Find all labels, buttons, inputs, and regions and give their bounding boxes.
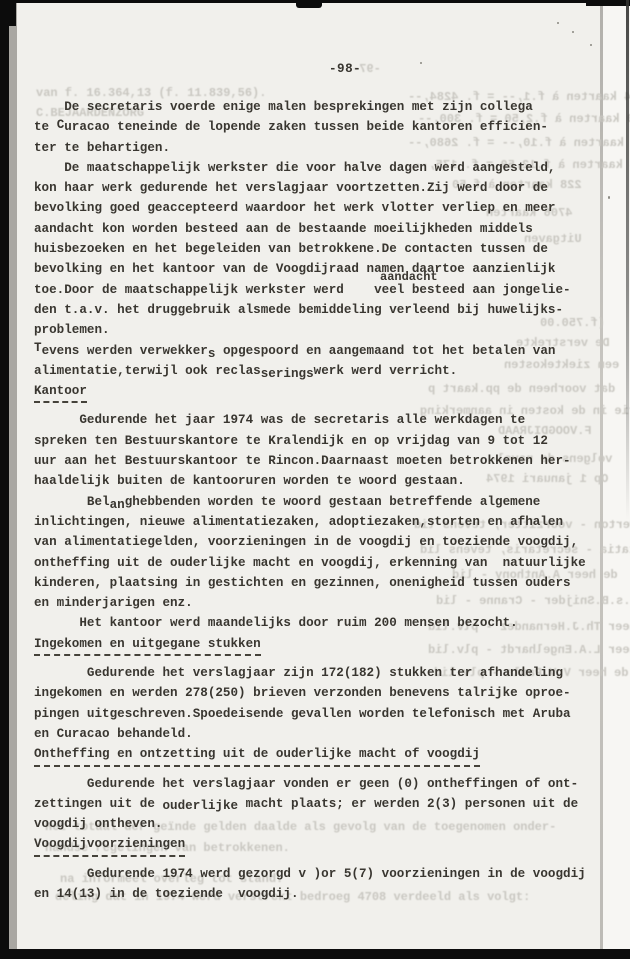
paragraph: Tevens werden verwekkers opgespoord en a… <box>34 341 606 382</box>
section-heading-text: Kantoor <box>34 381 87 403</box>
section-heading-text: Ontheffing en ontzetting uit de ouderlij… <box>34 744 480 766</box>
paragraph: Belanghebbenden worden te woord gestaan … <box>34 492 606 614</box>
scan-speck <box>572 31 574 33</box>
text-line: spreken ten Bestuurskantore te Kralendij… <box>34 431 606 451</box>
typed-text: De secretaris voerde enige malen besprek… <box>34 97 606 904</box>
scan-speck <box>420 62 422 64</box>
text-line: Tevens werden verwekkers opgespoord en a… <box>34 341 606 361</box>
inserted-word: aandacht <box>380 267 438 287</box>
paragraph: Gedurende het jaar 1974 was de secretari… <box>34 410 606 491</box>
section-heading: Ontheffing en ontzetting uit de ouderlij… <box>34 744 606 766</box>
scan-edge-top-right <box>586 0 630 6</box>
paragraph: Gedurende het verslagjaar vonden er geen… <box>34 774 606 835</box>
scan-corner-top-left <box>0 0 16 26</box>
text-line: pingen uitgeschreven.Spoedeisende gevall… <box>34 704 606 724</box>
scan-speck <box>557 22 559 24</box>
text-line: en 14(13) in de toeziende voogdij. <box>34 884 606 904</box>
text-line: bevolking en het kantoor van de Voogdijr… <box>34 259 606 279</box>
text-line: en Curacao behandeld. <box>34 724 606 744</box>
text-line: Gedurende het verslagjaar vonden er geen… <box>34 774 606 794</box>
text-line: kon haar werk gedurende het verslagjaar … <box>34 178 606 198</box>
text-line: toe.Door de maatschappelijk werkster wer… <box>34 280 606 300</box>
text-line: Gedurende het jaar 1974 was de secretari… <box>34 410 606 430</box>
text-line: ingekomen en werden 278(250) brieven ver… <box>34 683 606 703</box>
scan-speck <box>590 44 592 46</box>
text-line: Gedurende 1974 werd gezorgd v )or 5(7) v… <box>34 864 606 884</box>
text-line: De maatschappelijk werkster die voor hal… <box>34 158 606 178</box>
text-line: ontheffing uit de ouderlijke macht en vo… <box>34 553 606 573</box>
text-line: te Curacao teneinde de lopende zaken tus… <box>34 117 606 137</box>
text-line: huisbezoeken en het begeleiden van betro… <box>34 239 606 259</box>
section-heading-text: Ingekomen en uitgegane stukken <box>34 634 261 656</box>
text-line: van alimentatiegelden, voorzieningen in … <box>34 532 606 552</box>
text-line: kinderen, plaatsing in gestichten en gez… <box>34 573 606 593</box>
text-line: problemen. <box>34 320 606 340</box>
text-line: Het kantoor werd maandelijks door ruim 2… <box>34 613 606 633</box>
text-line: Gedurende het verslagjaar zijn 172(182) … <box>34 663 606 683</box>
scan-edge-left <box>0 0 9 959</box>
text-line: ter te behartigen. <box>34 138 606 158</box>
paragraph: De maatschappelijk werkster die voor hal… <box>34 158 606 341</box>
text-line: alimentatie,terwijl ook reclasseringswer… <box>34 361 606 381</box>
scan-page: { "colors": { "paper": "#f1f0ec", "ink":… <box>0 0 630 959</box>
section-heading: Kantoor <box>34 381 606 403</box>
section-heading: Ingekomen en uitgegane stukken <box>34 634 606 656</box>
scan-edge-top-blob <box>296 0 322 8</box>
section-heading-text: Voogdijvoorzieningen <box>34 834 185 856</box>
text-line: en minderjarigen enz. <box>34 593 606 613</box>
scan-speck <box>608 196 610 199</box>
text-line: zettingen uit de ouderlijke macht plaats… <box>34 794 606 814</box>
paragraph: Gedurende het verslagjaar zijn 172(182) … <box>34 663 606 744</box>
paragraph: Het kantoor werd maandelijks door ruim 2… <box>34 613 606 633</box>
text-line: aandacht kon worden besteed aan de besta… <box>34 219 606 239</box>
text-line: inlichtingen, nieuwe alimentatiezaken, a… <box>34 512 606 532</box>
text-line: De secretaris voerde enige malen besprek… <box>34 97 606 117</box>
text-line: voogdij ontheven. <box>34 814 606 834</box>
scan-edge-right <box>626 0 629 520</box>
paragraph: Gedurende 1974 werd gezorgd v )or 5(7) v… <box>34 864 606 905</box>
page-number: -98- <box>329 62 361 76</box>
text-line: den t.a.v. het druggebruik alsmede bemid… <box>34 300 606 320</box>
text-line: haaldelijk buiten de kantooruren worden … <box>34 471 606 491</box>
scan-edge-left-shadow <box>9 0 17 959</box>
text-line: bevolking goed geaccepteerd waardoor het… <box>34 198 606 218</box>
text-line: Belanghebbenden worden te woord gestaan … <box>34 492 606 512</box>
text-line: uur aan het Bestuurskantoor te Rincon.Da… <box>34 451 606 471</box>
paragraph: De secretaris voerde enige malen besprek… <box>34 97 606 158</box>
scan-edge-bottom <box>0 949 630 959</box>
section-heading: Voogdijvoorzieningen <box>34 834 606 856</box>
